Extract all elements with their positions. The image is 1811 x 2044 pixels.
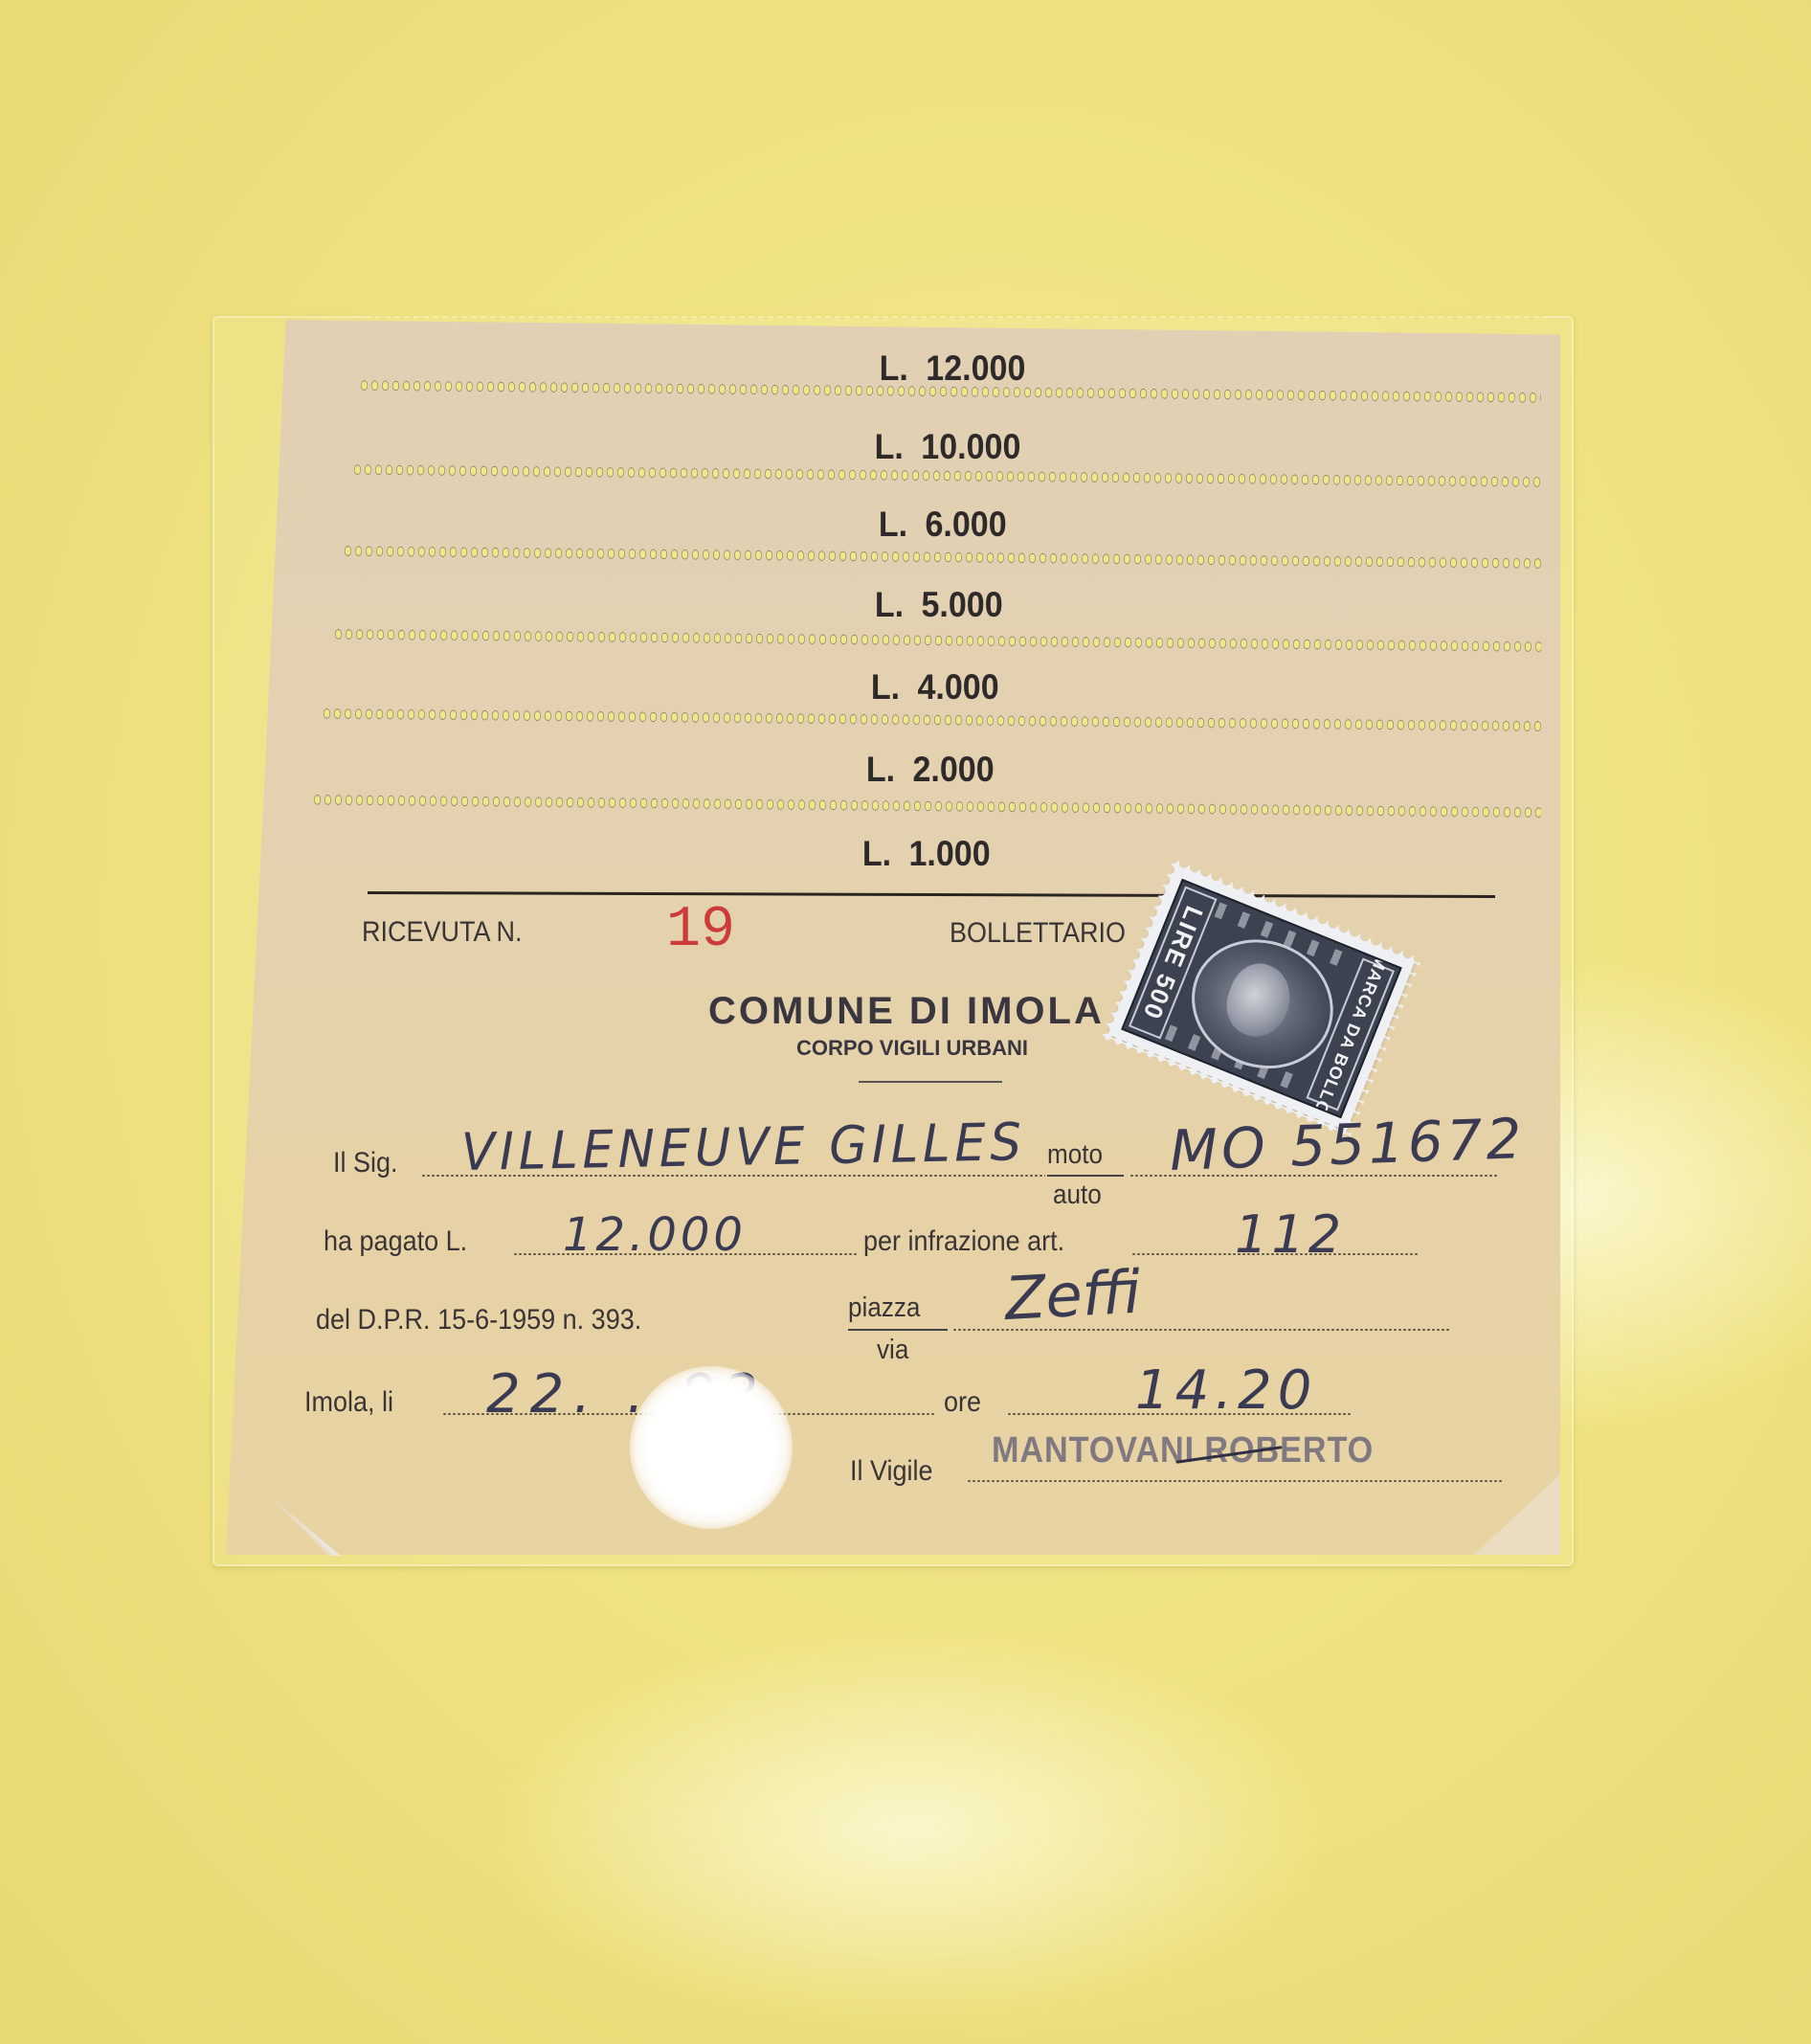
- ore-value[interactable]: 14.20: [1135, 1359, 1317, 1422]
- vehicle-label-divider: [1047, 1175, 1124, 1177]
- strip-label: L.4.000: [871, 667, 999, 708]
- strip-1000[interactable]: L.1.000: [312, 814, 1541, 894]
- lire-prefix: L.: [880, 348, 908, 388]
- paid-label: ha pagato L.: [324, 1225, 467, 1258]
- strip-label: L.6.000: [879, 505, 1007, 545]
- strip-amount: 6.000: [926, 505, 1007, 544]
- infraction-label: per infrazione art.: [863, 1225, 1064, 1258]
- paid-value[interactable]: 12.000: [563, 1208, 747, 1262]
- lire-prefix: L.: [871, 667, 900, 707]
- place-value[interactable]: Zeffi: [1003, 1257, 1143, 1334]
- strip-amount: 5.000: [922, 585, 1003, 624]
- strip-amount: 10.000: [921, 427, 1020, 466]
- dpr-text: del D.P.R. 15-6-1959 n. 393.: [316, 1304, 641, 1336]
- vehicle-plate[interactable]: MO 551672: [1169, 1106, 1527, 1183]
- camera-flash-reflection: [630, 1366, 793, 1529]
- strip-amount: 1.000: [909, 834, 991, 873]
- strip-label: L.1.000: [862, 834, 991, 874]
- piazza-label: piazza: [848, 1292, 920, 1324]
- lire-prefix: L.: [862, 834, 891, 873]
- short-divider: [859, 1081, 1002, 1083]
- vigile-label: Il Vigile: [850, 1455, 933, 1488]
- strip-label: L.5.000: [875, 585, 1003, 625]
- lire-prefix: L.: [879, 505, 907, 544]
- ore-label: ore: [944, 1386, 981, 1419]
- light-reflection: [479, 1628, 1340, 2030]
- piazza-via-divider: [848, 1329, 948, 1331]
- vehicle-label-auto: auto: [1053, 1179, 1102, 1211]
- strip-amount: 4.000: [918, 667, 999, 707]
- infraction-value[interactable]: 112: [1235, 1204, 1345, 1265]
- lire-prefix: L.: [866, 750, 895, 789]
- city-date-label: Imola, li: [304, 1386, 393, 1419]
- vigile-dotted-line: [967, 1480, 1503, 1482]
- strip-amount: 2.000: [913, 750, 995, 789]
- vigile-name-stamp: MANTOVANI ROBERTO: [992, 1430, 1374, 1471]
- lire-prefix: L.: [875, 585, 904, 624]
- issuer-subtitle: CORPO VIGILI URBANI: [796, 1036, 1028, 1061]
- torn-top-edge: [364, 314, 1541, 326]
- strip-label: L.12.000: [880, 348, 1026, 389]
- ricevuta-number: 19: [666, 898, 735, 963]
- bollettario-label: BOLLETTARIO: [950, 917, 1126, 950]
- strip-amount: 12.000: [926, 348, 1025, 388]
- lire-prefix: L.: [875, 427, 904, 466]
- issuer-title: COMUNE DI IMOLA: [708, 990, 1105, 1033]
- strip-label: L.2.000: [866, 750, 995, 790]
- sig-value[interactable]: VILLENEUVE GILLES: [460, 1112, 1026, 1182]
- strip-label: L.10.000: [875, 427, 1021, 467]
- vehicle-label-moto: moto: [1047, 1139, 1103, 1171]
- sig-label: Il Sig.: [333, 1147, 398, 1179]
- via-label: via: [877, 1335, 908, 1366]
- ricevuta-label: RICEVUTA N.: [362, 916, 523, 949]
